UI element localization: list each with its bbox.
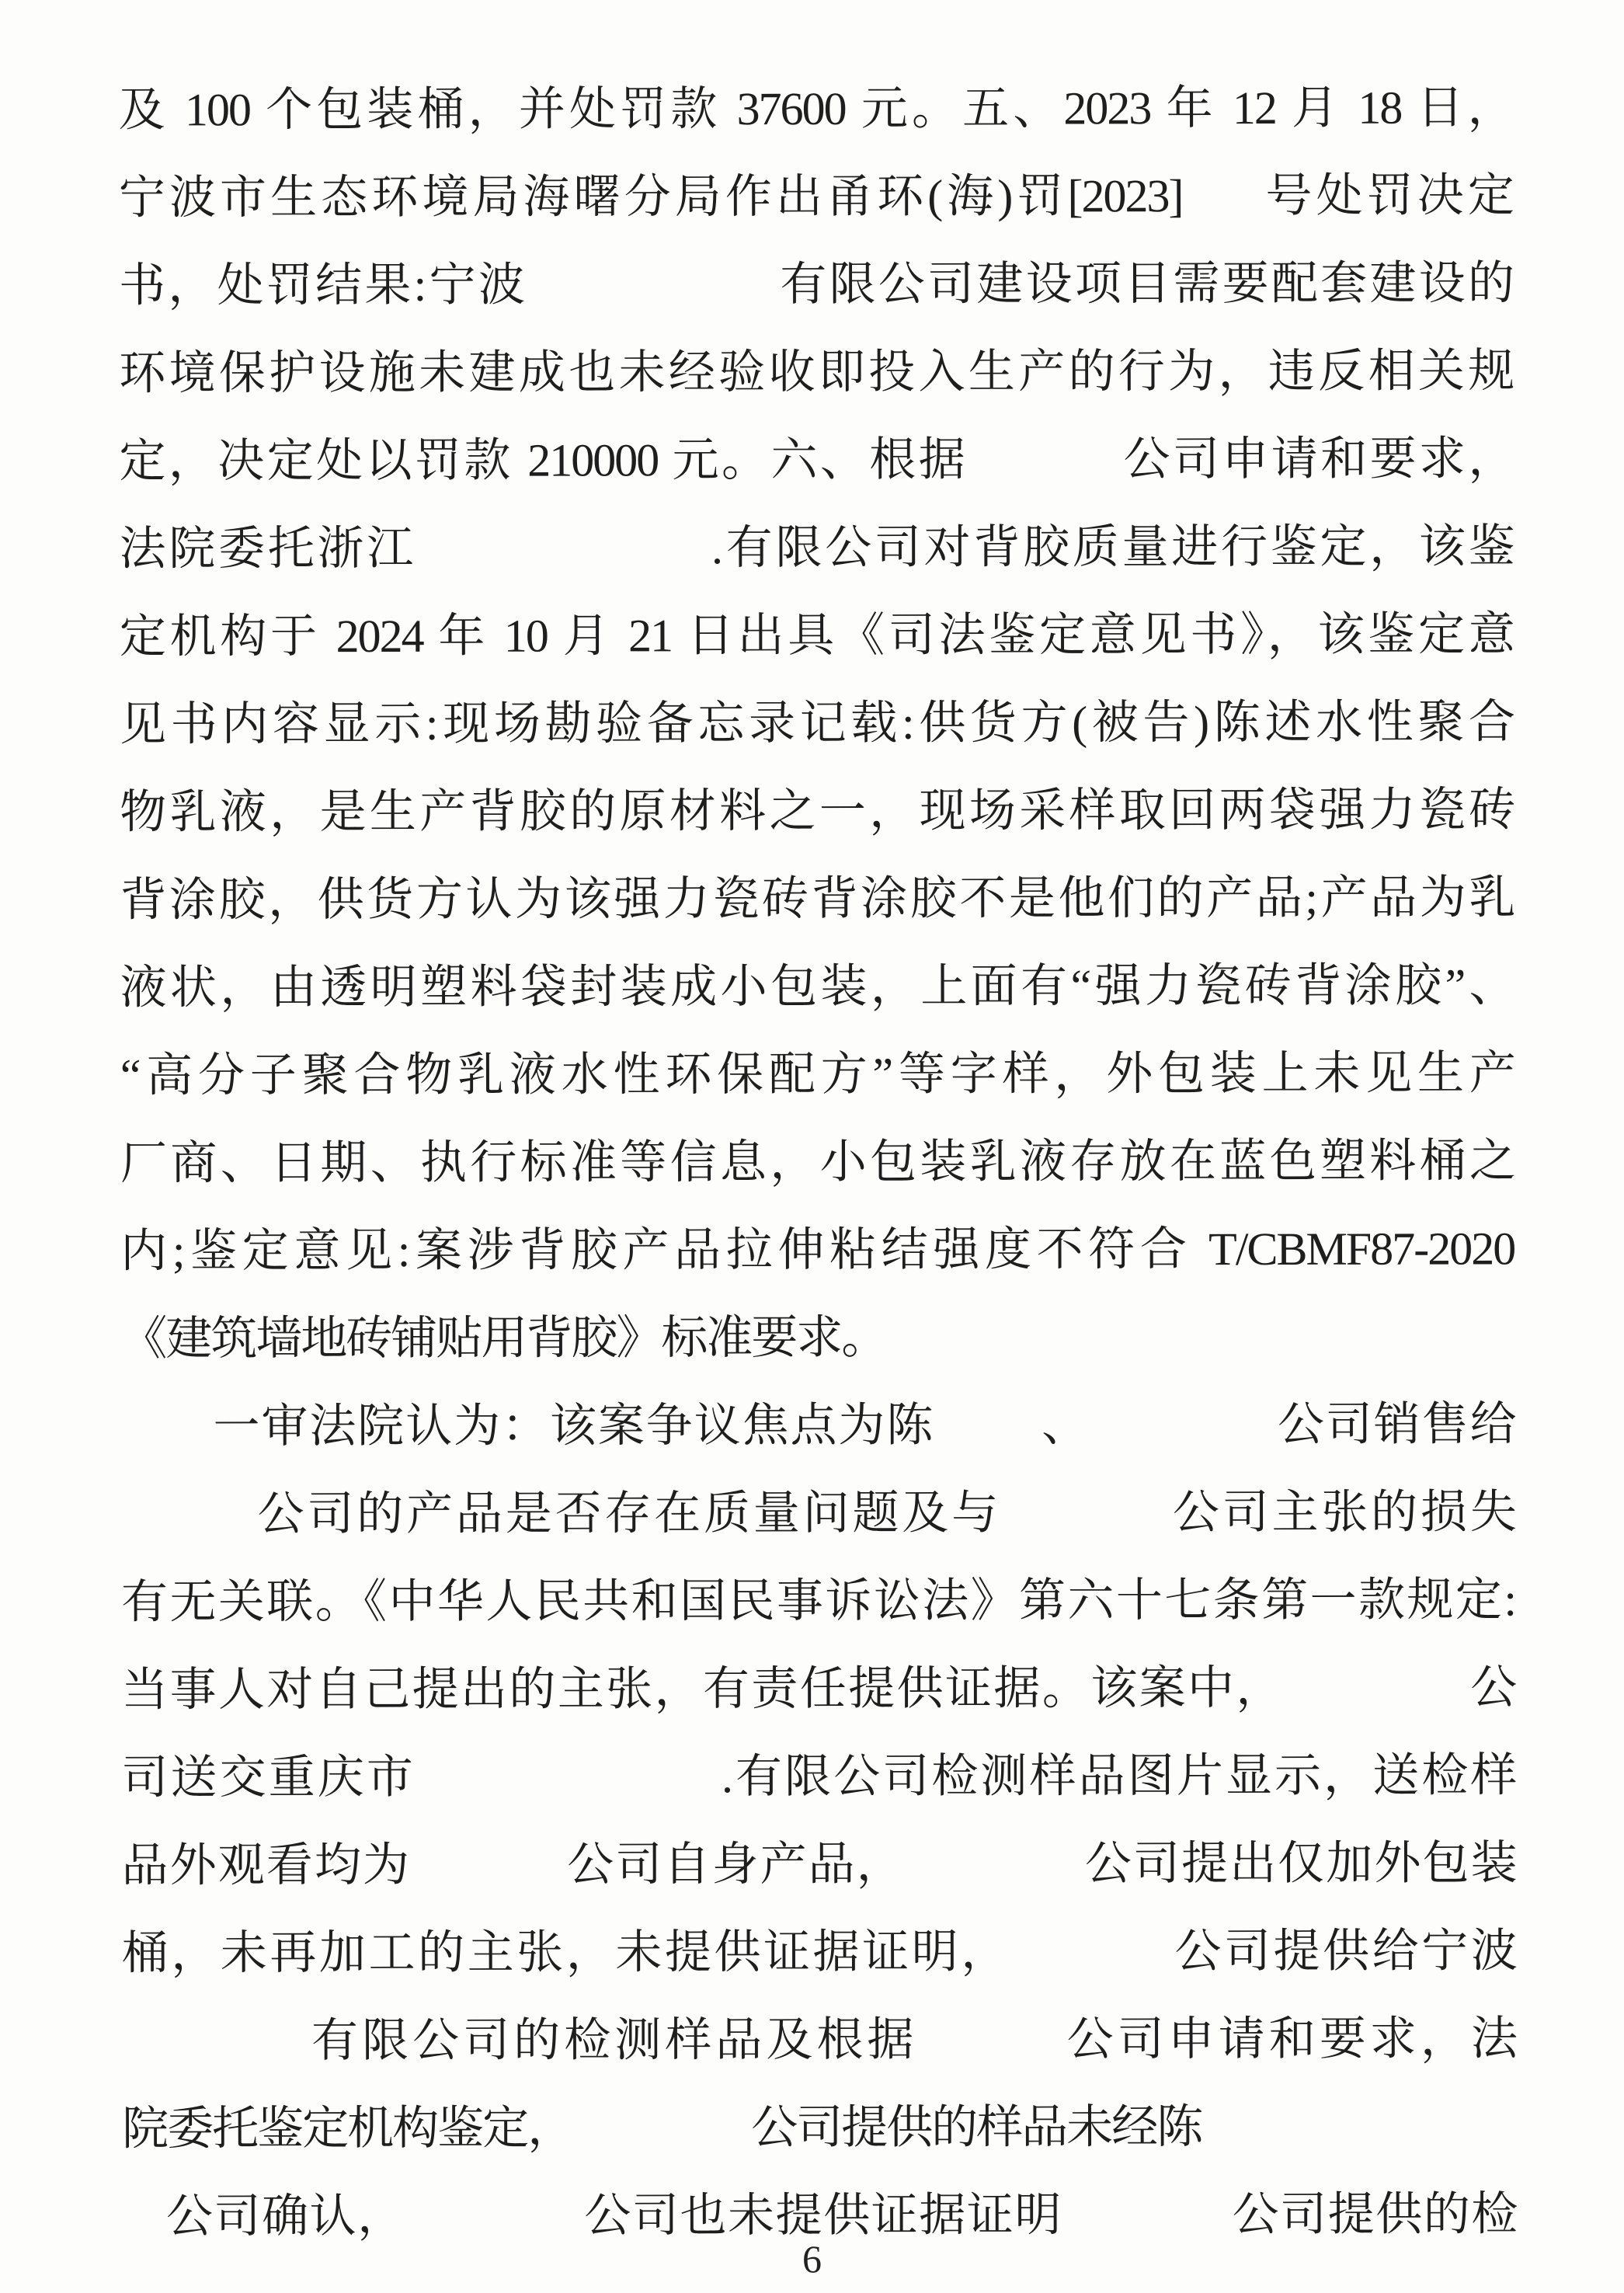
text-segment: 定，决定处以罚款 210000 元。六、根据 <box>119 434 968 487</box>
text-segment: 见书内容显示:现场勘验备忘录记载:供货方(被告)陈述水性聚合 <box>120 696 1514 750</box>
text-line-8: 见书内容显示:现场勘验备忘录记载:供货方(被告)陈述水性聚合 <box>120 678 1514 768</box>
text-line-12: “高分子聚合物乳液水性环保配方”等字样，外包装上未见生产 <box>120 1029 1514 1119</box>
text-segment: 公司主张的损失 <box>1168 1486 1515 1538</box>
redaction-gap <box>905 1878 1082 1879</box>
text-segment: 一审法院认为：该案争议焦点为陈 <box>210 1400 935 1453</box>
text-segment: 桶，未再加工的主张，未提供证据证明， <box>122 1926 1010 1979</box>
text-segment: 司送交重庆市 <box>121 1752 416 1804</box>
redaction-gap <box>121 1529 253 1529</box>
text-segment: 有限公司的检测样品及根据 <box>306 2014 918 2066</box>
text-segment: 公司提供的样品未经陈 <box>751 2101 1201 2153</box>
text-line-17: 公司的产品是否存在质量问题及与公司主张的损失 <box>121 1468 1515 1558</box>
redaction-gap <box>934 1440 1038 1441</box>
text-segment: 院委托鉴定机构鉴定， <box>122 2103 572 2155</box>
redaction-gap <box>1090 1439 1275 1440</box>
text-segment: 公司申请和要求，法 <box>1062 2013 1517 2065</box>
text-segment: 号处罚决定 <box>1260 169 1513 221</box>
redaction-gap <box>1001 1527 1168 1528</box>
text-line-23: 有限公司的检测样品及根据公司申请和要求，法 <box>122 1995 1516 2085</box>
text-segment: 内;鉴定意见:案涉背胶产品拉伸粘结强度不符合 T/CBMF87-2020 <box>120 1223 1514 1276</box>
text-segment: 有限公司建设项目需要配套建设的 <box>776 257 1513 310</box>
redaction-gap <box>1285 1703 1467 1703</box>
text-line-10: 背涂胶，供货方认为该强力瓷砖背涂胶不是他们的产品;产品为乳 <box>120 854 1514 944</box>
text-segment: 定机构于 2024 年 10 月 21 日出具《司法鉴定意见书》，该鉴定意 <box>120 608 1514 662</box>
redaction-gap <box>416 562 711 564</box>
text-line-22: 桶，未再加工的主张，未提供证据证明，公司提供给宁波 <box>122 1907 1516 1997</box>
text-segment: 品外观看均为 <box>122 1839 412 1891</box>
redaction-gap <box>918 2054 1062 2055</box>
document-page: 及 100 个包装桶，并处罚款 37600 元。五、2023 年 12 月 18… <box>0 0 1624 2293</box>
text-line-16: 一审法院认为：该案争议焦点为陈、公司销售给 <box>120 1380 1514 1470</box>
text-segment: 液状，由透明塑料袋封装成小包装，上面有“强力瓷砖背涂胶”、 <box>120 959 1514 1013</box>
text-segment: 书，处罚结果:宁波 <box>119 259 527 311</box>
text-line-3: 书，处罚结果:宁波有限公司建设项目需要配套建设的 <box>119 239 1513 329</box>
text-segment: 、 <box>1038 1399 1090 1450</box>
text-line-11: 液状，由透明塑料袋封装成小包装，上面有“强力瓷砖背涂胶”、 <box>120 941 1514 1032</box>
text-line-14: 内;鉴定意见:案涉背胶产品拉伸粘结强度不符合 T/CBMF87-2020 <box>120 1205 1514 1295</box>
document-body: 及 100 个包装桶，并处罚款 37600 元。五、2023 年 12 月 18… <box>119 64 1517 2260</box>
redaction-gap <box>1182 211 1260 211</box>
text-segment: 物乳液，是生产背胶的原材料之一，现场采样取回两袋强力瓷砖 <box>120 784 1514 837</box>
redaction-gap <box>416 1791 722 1793</box>
text-segment: 《建筑墙地砖铺贴用背胶》标准要求。 <box>120 1312 886 1365</box>
text-line-5: 定，决定处以罚款 210000 元。六、根据公司申请和要求， <box>119 415 1513 505</box>
redaction-gap <box>968 474 1119 475</box>
text-segment: 公 <box>1467 1661 1516 1713</box>
text-segment: .有限公司检测样品图片显示，送检样 <box>722 1749 1516 1802</box>
text-segment: 当事人对自己提出的主张，有责任提供证据。该案中， <box>121 1662 1285 1716</box>
redaction-gap <box>122 2055 306 2056</box>
text-line-13: 厂商、日期、执行标准等信息，小包装乳液存放在蓝色塑料桶之 <box>120 1117 1514 1207</box>
text-line-7: 定机构于 2024 年 10 月 21 日出具《司法鉴定意见书》，该鉴定意 <box>120 590 1514 680</box>
redaction-gap <box>527 299 776 301</box>
text-segment: 公司销售给 <box>1275 1398 1515 1450</box>
text-segment: 背涂胶，供货方认为该强力瓷砖背涂胶不是他们的产品;产品为乳 <box>120 872 1514 925</box>
text-segment: .有限公司对背胶质量进行鉴定，该鉴 <box>711 520 1514 573</box>
redaction-gap <box>122 2231 163 2232</box>
text-segment: 公司自身产品， <box>564 1839 905 1891</box>
text-line-19: 当事人对自己提出的主张，有责任提供证据。该案中，公 <box>121 1644 1515 1734</box>
redaction-gap <box>572 2142 751 2143</box>
redaction-gap <box>405 2231 582 2232</box>
text-line-4: 环境保护设施未建成也未经验收即投入生产的行为，违反相关规 <box>119 327 1513 417</box>
text-segment: 公司提出仅加外包装 <box>1082 1837 1516 1889</box>
text-segment: 公司申请和要求， <box>1119 433 1513 485</box>
text-line-20: 司送交重庆市.有限公司检测样品图片显示，送检样 <box>121 1731 1515 1822</box>
text-line-18: 有无关联。《中华人民共和国民事诉讼法》第六十七条第一款规定: <box>121 1556 1515 1646</box>
text-line-6: 法院委托浙江.有限公司对背胶质量进行鉴定，该鉴 <box>120 503 1514 593</box>
text-segment: 公司提供的检 <box>1229 2188 1517 2240</box>
redaction-gap <box>411 1880 564 1881</box>
text-segment: 公司提供给宁波 <box>1170 1925 1516 1977</box>
text-segment: 厂商、日期、执行标准等信息，小包装乳液存放在蓝色塑料桶之 <box>120 1135 1514 1188</box>
text-line-15: 《建筑墙地砖铺贴用背胶》标准要求。 <box>120 1293 1514 1383</box>
text-segment: 及 100 个包装桶，并处罚款 37600 元。五、2023 年 12 月 18… <box>119 82 1513 135</box>
text-line-24: 院委托鉴定机构鉴定，公司提供的样品未经陈 <box>122 2082 1516 2173</box>
text-segment: 公司也未提供证据证明 <box>582 2189 1062 2241</box>
text-line-9: 物乳液，是生产背胶的原材料之一，现场采样取回两袋强力瓷砖 <box>120 766 1514 856</box>
redaction-gap <box>121 1441 210 1442</box>
text-line-1: 及 100 个包装桶，并处罚款 37600 元。五、2023 年 12 月 18… <box>119 64 1513 154</box>
text-line-21: 品外观看均为公司自身产品，公司提出仅加外包装 <box>121 1819 1515 1909</box>
redaction-gap <box>1062 2229 1229 2230</box>
text-segment: 法院委托浙江 <box>120 523 416 575</box>
redaction-gap <box>1010 1966 1170 1967</box>
text-segment: 环境保护设施未建成也未经验收即投入生产的行为，违反相关规 <box>119 345 1513 398</box>
text-segment: 公司确认， <box>163 2190 405 2243</box>
page-number: 6 <box>0 2236 1624 2282</box>
text-segment: 公司的产品是否存在质量问题及与 <box>253 1487 1001 1540</box>
text-segment: 有无关联。《中华人民共和国民事诉讼法》第六十七条第一款规定: <box>121 1574 1515 1627</box>
text-segment: 宁波市生态环境局海曙分局作出甬环(海)罚[2023] <box>119 170 1183 223</box>
text-line-2: 宁波市生态环境局海曙分局作出甬环(海)罚[2023]号处罚决定 <box>119 151 1513 242</box>
text-segment: “高分子聚合物乳液水性环保配方”等字样，外包装上未见生产 <box>120 1047 1514 1101</box>
